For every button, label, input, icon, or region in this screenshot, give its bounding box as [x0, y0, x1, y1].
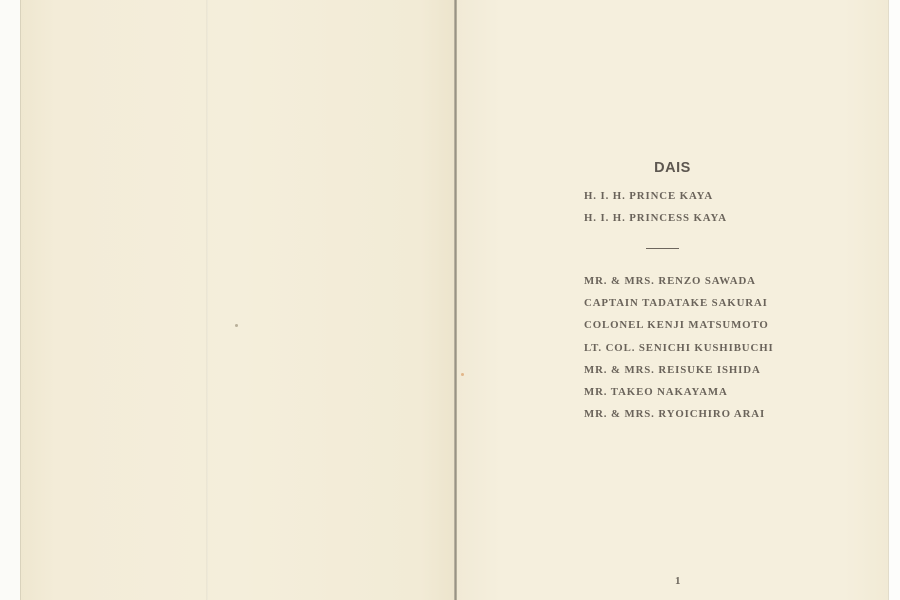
- guest-name: MR. & MRS. RENZO SAWADA: [584, 270, 774, 292]
- page-fold-crease: [206, 0, 208, 600]
- guest-name: H. I. H. PRINCE KAYA: [584, 185, 727, 207]
- guest-name: MR. & MRS. REISUKE ISHIDA: [584, 359, 774, 381]
- guest-name: LT. COL. SENICHI KUSHIBUCHI: [584, 337, 774, 359]
- royal-guest-list: H. I. H. PRINCE KAYA H. I. H. PRINCESS K…: [584, 185, 727, 229]
- guest-name: COLONEL KENJI MATSUMOTO: [584, 314, 774, 336]
- dais-heading-text: DAIS: [654, 160, 691, 176]
- guest-name: H. I. H. PRINCESS KAYA: [584, 207, 727, 229]
- section-heading: DAIS: [457, 160, 888, 176]
- guest-name: MR. & MRS. RYOICHIRO ARAI: [584, 403, 774, 425]
- guest-name: CAPTAIN TADATAKE SAKURAI: [584, 292, 774, 314]
- right-page: DAIS H. I. H. PRINCE KAYA H. I. H. PRINC…: [457, 0, 889, 600]
- section-divider: [646, 248, 679, 249]
- paper-speck: [461, 373, 464, 376]
- left-page: [20, 0, 455, 600]
- paper-speck: [235, 324, 238, 327]
- guest-name: MR. TAKEO NAKAYAMA: [584, 381, 774, 403]
- dais-guest-list: MR. & MRS. RENZO SAWADA CAPTAIN TADATAKE…: [584, 270, 774, 425]
- scanner-background: [889, 0, 900, 600]
- page-number: 1: [675, 575, 681, 587]
